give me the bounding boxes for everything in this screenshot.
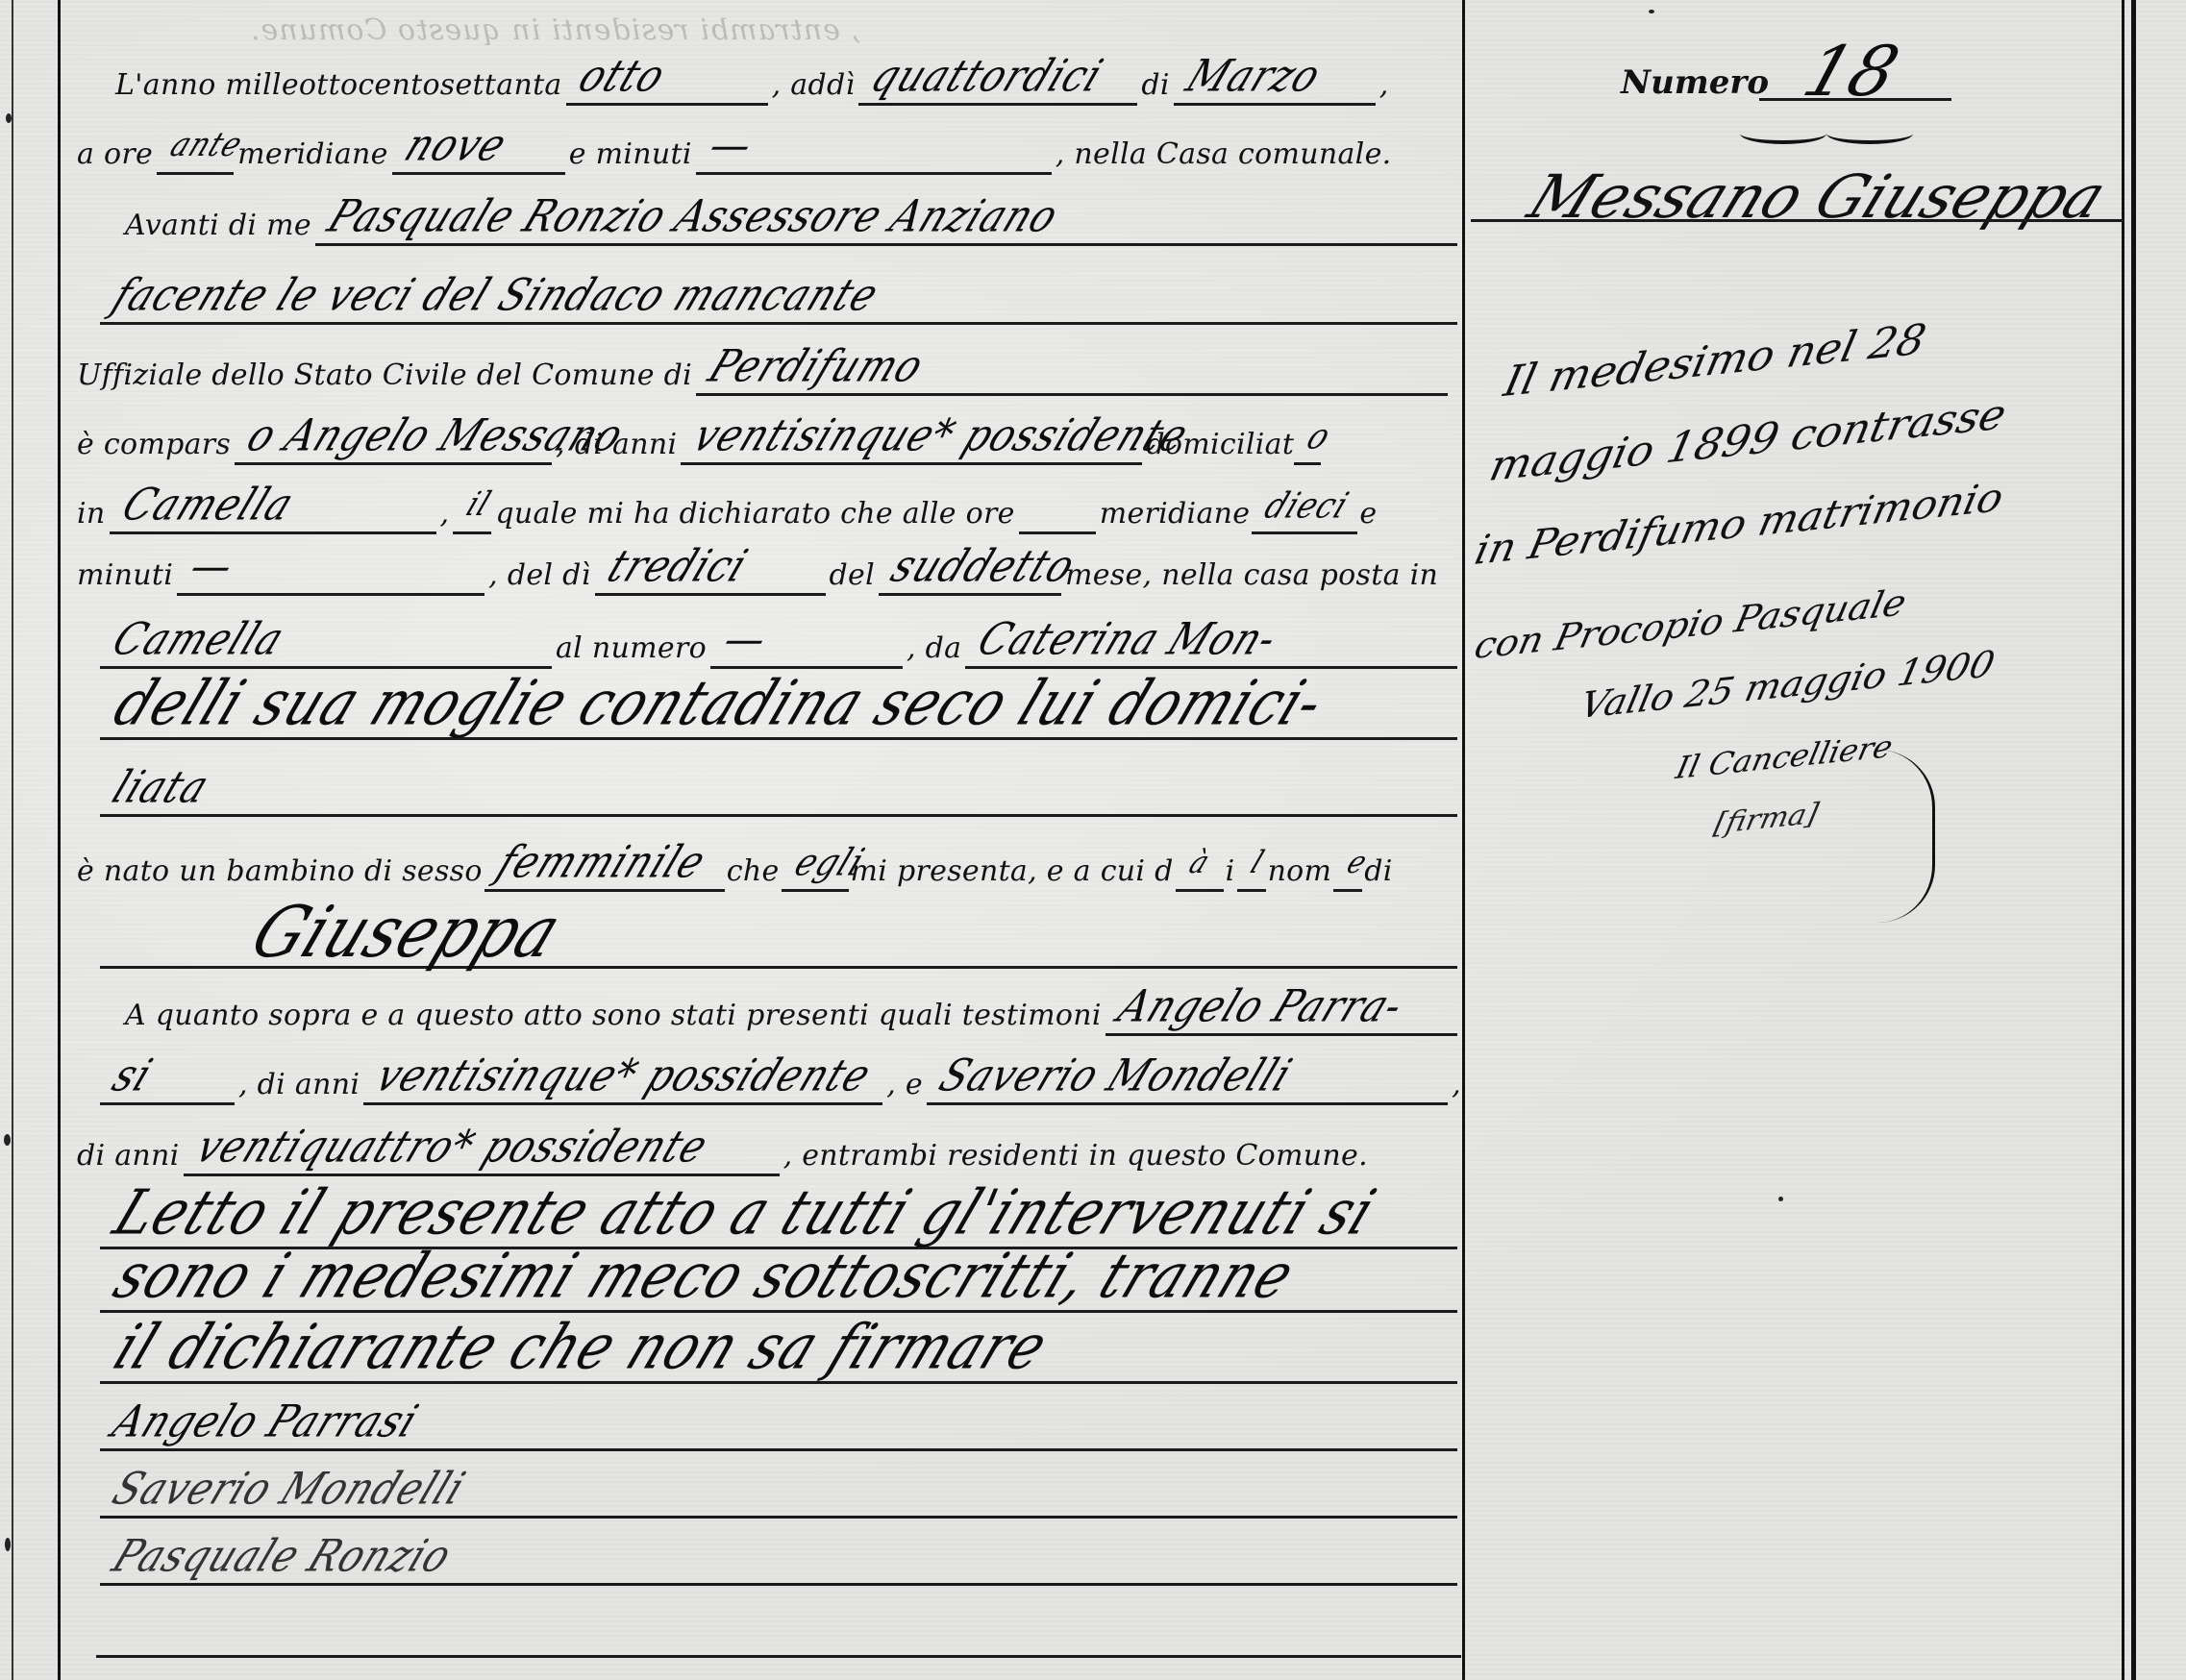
comune-field: Perdifumo [696,350,1448,396]
row-child-name: Giuseppa [96,900,1461,969]
annotation-line-6: Il Cancelliere [1673,728,1896,786]
printed-text: e minuti [569,138,692,175]
sex-field: femminile [484,846,725,892]
handwritten-declarant: o Angelo Messano [240,411,631,460]
handwritten-suffix: à [1181,838,1218,887]
handwritten-witness1: Angelo Parra- [1111,982,1411,1031]
handwritten-birth-hour: dieci [1257,481,1356,530]
register-page: , entrambi residenti in questo Comune. L… [0,0,2186,1680]
printed-text: , e [886,1069,923,1105]
witness1-cont-field: si [100,1059,235,1105]
printed-text: Uffiziale dello Stato Civile del Comune … [77,359,692,396]
residence-field: Camella [110,488,436,534]
handwritten-minutes: — [702,121,760,170]
handwritten-witness1-age: ventisinque* possidente [369,1051,879,1100]
printed-text: i [1226,855,1235,892]
printed-text: , [1379,69,1389,106]
month-field: Marzo [1174,60,1376,106]
brace-ornament-right [1826,123,1913,144]
printed-text: è nato un bambino di sesso [77,855,483,892]
year-field: otto [566,60,768,106]
handwritten-house-number: — [716,615,775,664]
printed-text: in [77,498,106,534]
officer-field: Pasquale Ronzio Assessore Anziano [315,200,1457,246]
birth-hour-blank [1019,488,1096,534]
handwritten-birth-day: tredici [601,542,755,591]
annotation-line-5: Vallo 25 maggio 1900 [1577,643,1999,727]
annotation-line-2: maggio 1899 contrasse [1485,390,2010,491]
handwritten-mother-cont2: liata [106,763,216,812]
binding-edge [12,0,13,1680]
row-mother-cont: delli sua moglie contadina seco lui domi… [96,682,1461,740]
signature-flourish [1875,750,1935,923]
printed-text: Avanti di me [125,210,311,246]
handwritten-birth-month: suddetto [884,542,1082,591]
row-witnesses: A quanto sopra e a questo atto sono stat… [125,978,1461,1036]
signature-field: Saverio Mondelli [100,1472,1457,1519]
annotation-signature: [firma] [1711,797,1822,841]
declarant-age-field: ventisinque* possidente [681,419,1142,465]
printed-text: mese, nella casa posta in [1065,559,1438,596]
printed-text: quale mi ha dichiarato che alle ore [495,498,1014,534]
handwritten-child-name: Giuseppa [244,902,569,964]
printed-text: che [727,855,780,892]
handwritten-witness1-cont: si [106,1051,160,1100]
handwritten-day: quattordici [864,52,1110,101]
page-left-border [58,0,61,1680]
birth-day-field: tredici [595,550,826,596]
minutes-field: — [696,129,1052,175]
row-house: Camella al numero — , da Caterina Mon- [96,611,1461,669]
printed-text: , entrambi residenti in questo Comune. [783,1140,1368,1176]
column-divider [1462,0,1465,1680]
article-suffix-field: l [1237,846,1266,892]
handwritten-officer-role: facente le veci del Sindaco mancante [106,271,885,320]
printed-text: del [830,559,875,596]
row-hour: a ore ante meridiane nove e minuti — , n… [77,117,1452,175]
handwritten-closing-1: Letto il presente atto a tutti gl'interv… [106,1183,1383,1245]
printed-text: L'anno milleottocentosettanta [115,69,562,106]
page-right-border-inner [2122,0,2124,1680]
house-place-field: Camella [100,623,552,669]
bleed-through-text: , entrambi residenti in questo Comune. [250,13,860,47]
declarant-field: o Angelo Messano [235,419,552,465]
mother-field: Caterina Mon- [965,623,1457,669]
birth-hour-field: dieci [1252,488,1357,534]
handwritten-birth-minutes: — [183,542,241,591]
row-birth-day: minuti — , del dì tredici del suddetto m… [77,538,1452,596]
handwritten-sex: femminile [490,838,713,887]
signature-line-1: Angelo Parrasi [96,1394,1461,1451]
printed-text: meridiane [237,138,388,175]
annotation-line-3: in Perdifumo matrimonio [1471,474,2008,574]
printed-text: meridiane [1100,498,1251,534]
handwritten-month: Marzo [1180,52,1329,101]
mother-cont2-field: liata [100,771,1457,817]
signature-witness1: Angelo Parrasi [106,1397,425,1446]
handwritten-officer: Pasquale Ronzio Assessore Anziano [321,192,1065,241]
printed-text: , [440,498,450,534]
printed-text: e [1359,498,1377,534]
presenter-field: egli [782,846,849,892]
gender-suffix-field: o [1294,419,1321,465]
birth-minutes-field: — [177,550,484,596]
ante-post-field: ante [157,129,234,175]
printed-text: , del dì [488,559,590,596]
printed-text: al numero [556,632,707,669]
row-mother-cont2: liata [96,759,1461,817]
printed-text: mi presenta, e a cui d [851,855,1174,892]
handwritten-closing-3: il dichiarante che non sa firmare [106,1318,1056,1379]
printed-text: di [1364,855,1392,892]
handwritten-residence: Camella [115,481,301,530]
row-residence: in Camella , il quale mi ha dichiarato c… [77,477,1452,534]
handwritten-mother-cont: delli sua moglie contadina seco lui domi… [106,674,1332,735]
officer-cont-field: facente le veci del Sindaco mancante [100,279,1457,325]
handwritten-mother: Caterina Mon- [971,615,1284,664]
row-closing-3: il dichiarante che non sa firmare [96,1326,1461,1384]
row-child-sex: è nato un bambino di sesso femminile che… [77,834,1452,892]
printed-text: A quanto sopra e a questo atto sono stat… [125,1000,1102,1036]
signature-line-2: Saverio Mondelli [96,1461,1461,1519]
noun-suffix-field: e [1333,846,1362,892]
printed-text: nom [1268,855,1332,892]
signature-field: Angelo Parrasi [100,1405,1457,1451]
birth-month-field: suddetto [879,550,1061,596]
house-number-field: — [710,623,903,669]
brace-ornament-left [1740,123,1826,144]
article-field: il [453,488,491,534]
handwritten-year: otto [572,52,673,101]
page-right-border-outer [2131,0,2136,1680]
printed-text: di [1141,69,1169,106]
row-officer-cont: facente le veci del Sindaco mancante [96,267,1461,325]
witness1-field: Angelo Parra- [1105,990,1457,1036]
row-year-date: L'anno milleottocentosettanta otto , add… [115,48,1442,106]
verb-suffix-field: à [1176,846,1224,892]
witness1-age-field: ventisinque* possidente [363,1059,882,1105]
name-rule [1471,219,2124,222]
printed-text: a ore [77,138,153,175]
annotation-line-4: con Procopio Pasquale [1471,581,1910,667]
row-comune: Uffiziale dello Stato Civile del Comune … [77,338,1452,396]
printed-text: , addì [772,69,856,106]
signature-witness2: Saverio Mondelli [106,1465,472,1514]
printed-text: di anni [77,1140,180,1176]
handwritten-hour: nove [398,121,514,170]
printed-text: è compars [77,429,231,465]
bottom-rule [96,1655,1461,1658]
witness2-age-field: ventiquattro* possidente [184,1130,780,1176]
day-field: quattordici [858,60,1137,106]
printed-text: , [1452,1069,1461,1105]
printed-text: , di anni [238,1069,360,1105]
handwritten-suffix: o [1300,411,1339,460]
signature-officer: Pasquale Ronzio [106,1532,459,1581]
handwritten-comune: Perdifumo [702,342,931,391]
handwritten-witness2-age: ventiquattro* possidente [189,1123,715,1172]
mother-cont-field: delli sua moglie contadina seco lui domi… [100,694,1457,740]
row-witness2-age: di anni ventiquattro* possidente , entra… [77,1119,1452,1176]
handwritten-house-place: Camella [106,615,291,664]
row-closing-2: sono i medesimi meco sottoscritti, trann… [96,1255,1461,1313]
child-name-field: Giuseppa [100,902,1457,969]
printed-text: minuti [77,559,173,596]
handwritten-witness2: Saverio Mondelli [932,1051,1299,1100]
handwritten-age: ventisinque* possidente [686,411,1196,460]
row-declarant: è compars o Angelo Messano , di anni ven… [77,408,1452,465]
hour-field: nove [392,129,565,175]
row-officer: Avanti di me Pasquale Ronzio Assessore A… [125,188,1461,246]
witness2-field: Saverio Mondelli [927,1059,1448,1105]
annotation-line-1: Il medesimo nel 28 [1500,315,1930,407]
numero-label: Numero [1621,63,1769,102]
handwritten-closing-2: sono i medesimi meco sottoscritti, trann… [106,1247,1303,1308]
handwritten-article: il [459,481,499,530]
printed-text: , da [907,632,961,669]
signature-field: Pasquale Ronzio [100,1540,1457,1586]
signature-line-3: Pasquale Ronzio [96,1528,1461,1586]
closing-3-field: il dichiarante che non sa firmare [100,1338,1457,1384]
closing-2-field: sono i medesimi meco sottoscritti, trann… [100,1267,1457,1313]
row-witness-ages: si , di anni ventisinque* possidente , e… [96,1048,1461,1105]
printed-text: , nella Casa comunale. [1056,138,1392,175]
